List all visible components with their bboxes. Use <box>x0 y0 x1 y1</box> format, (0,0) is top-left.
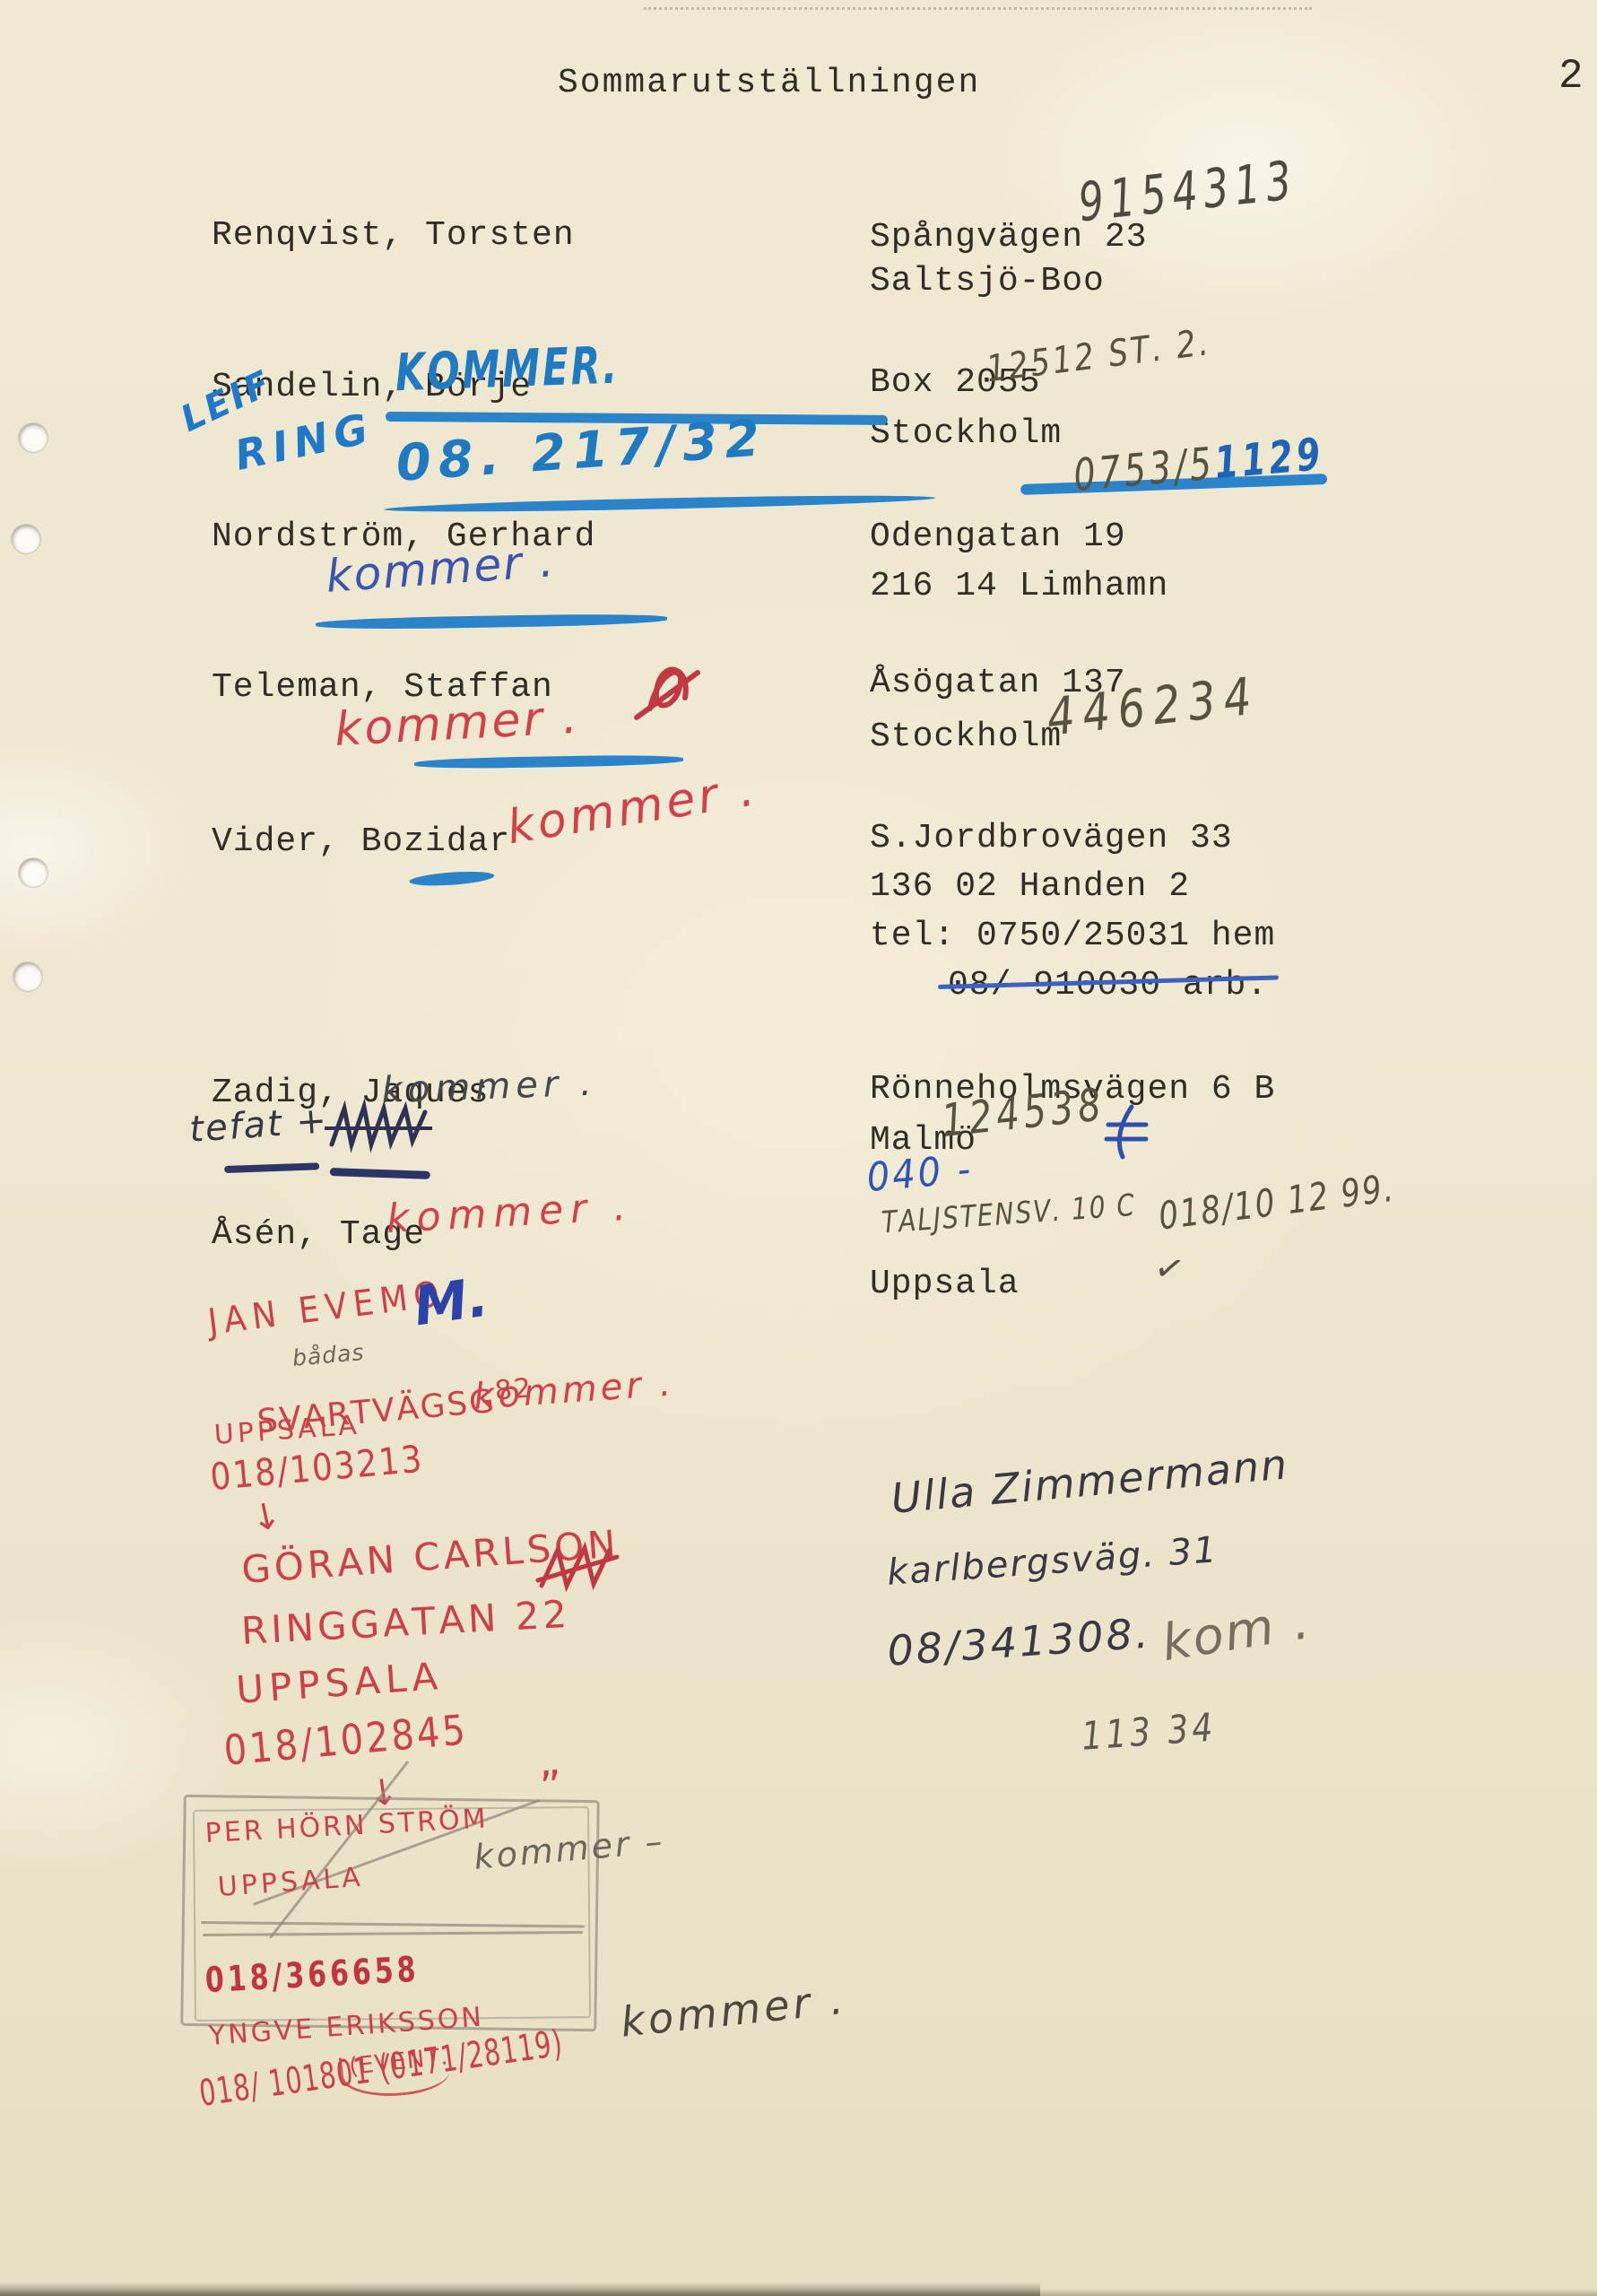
ink-note-tefat: tefat + <box>188 1102 329 1148</box>
blue-area-code-note: 040 - <box>865 1150 975 1198</box>
red-note-kommer: kommer . <box>386 1187 634 1239</box>
blue-crossed-mark <box>1101 1103 1155 1162</box>
pencil-checkmark: ✓ <box>1151 1248 1188 1290</box>
entry-address-line: Stockholm <box>870 717 1062 758</box>
red-arrow-down: ↓ <box>247 1497 284 1538</box>
scan-artifact-line <box>644 7 1312 10</box>
marker-underline <box>414 754 683 770</box>
entry-address-line: Saltsjö-Boo <box>870 261 1105 302</box>
entry-address-line: S.Jordbrovägen 33 <box>870 818 1233 859</box>
punch-hole <box>19 423 48 452</box>
ink-underline <box>224 1162 319 1173</box>
marker-ring-phone: 08. 217/32 <box>395 413 768 490</box>
pencil-address-note: 12512 ST. 2. <box>985 324 1212 387</box>
entry-name: Vider, Bozidar <box>212 822 510 863</box>
marker-underline <box>409 869 495 888</box>
red-note-kommer: kommer . <box>334 694 581 753</box>
punch-hole <box>12 525 40 553</box>
hw-phone: 08/341308. <box>886 1612 1152 1671</box>
page-edge-shadow <box>0 2289 1597 2296</box>
entry-address-line: 216 14 Limhamn <box>870 566 1168 607</box>
marker-underline <box>384 492 935 515</box>
page-title: Sommarutställningen <box>558 63 980 104</box>
pencil-note-kommer: kom . <box>1159 1596 1315 1669</box>
entry-name: Renqvist, Torsten <box>212 215 575 257</box>
red-note-kommer: kommer . <box>504 766 760 851</box>
punch-hole <box>19 858 48 887</box>
hw-street: RINGGATAN 22 <box>240 1596 571 1650</box>
red-scribble-correction <box>619 653 717 729</box>
marker-note-ring: RING <box>231 406 378 476</box>
entry-address-line: tel: 0750/25031 hem <box>870 916 1275 957</box>
ink-note-kommer: kommer . <box>325 538 557 599</box>
red-scribble-correction <box>534 1541 624 1600</box>
pencil-street-note: TALJSTENSV. 10 C <box>881 1190 1137 1238</box>
pencil-phone-note: 9154313 <box>1076 154 1300 230</box>
blue-ink-note: M. <box>411 1271 491 1335</box>
entry-address-line: Odengatan 19 <box>870 517 1126 558</box>
marker-note-kommer: KOMMER. <box>395 340 620 399</box>
pencil-note-kommer: kommer . <box>619 1979 848 2043</box>
hw-phone: 018/102845 <box>222 1709 470 1772</box>
ink-scribble-crossed-word <box>325 1101 441 1157</box>
page-number: 2 <box>1558 52 1584 101</box>
marker-underline <box>316 613 667 631</box>
hw-city: UPPSALA <box>235 1657 444 1709</box>
entry-address-line: 136 02 Handen 2 <box>870 866 1190 908</box>
punch-hole <box>13 962 42 991</box>
scanned-page: Sommarutställningen 2 Renqvist, Torsten … <box>0 0 1597 2296</box>
pencil-phone-part: 0753/5 <box>1072 438 1217 501</box>
entry-address-line: Uppsala <box>870 1264 1020 1305</box>
hw-name-ulla-zimmermann: Ulla Zimmermann <box>890 1443 1290 1519</box>
blue-phone-part: 1129 <box>1212 428 1325 489</box>
pencil-phone-note: 018/10 12 99. <box>1157 1170 1397 1236</box>
hw-street: karlbergsväg. 31 <box>886 1532 1219 1591</box>
ink-underline <box>330 1168 430 1179</box>
pencil-postal-code: 113 34 <box>1081 1709 1218 1758</box>
